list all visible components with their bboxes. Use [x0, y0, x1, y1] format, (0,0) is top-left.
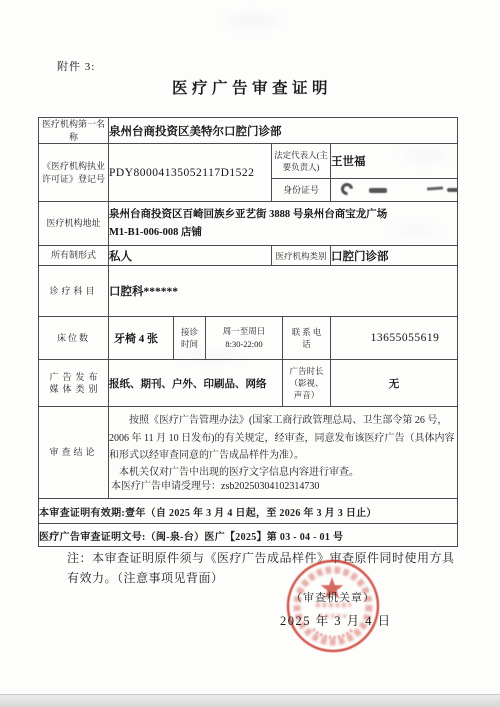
- validity-text: 本审查证明有效期:壹年（自 2025 年 3 月 4 日起，至 2026 年 3…: [39, 499, 458, 524]
- duration-label: 广告时长（影视、声音）: [283, 360, 331, 407]
- id-redaction-mark: [339, 181, 356, 198]
- id-number-label: 身份证号: [272, 179, 331, 202]
- row-conclusion: 审查结论 按照《医疗广告管理办法》(国家工商行政管理总局、卫生部令第 26 号，…: [39, 407, 458, 499]
- attachment-label: 附件 3:: [57, 58, 95, 74]
- id-redaction-mark: [447, 188, 458, 192]
- conclusion-paragraph-3: 本医疗广告申请受理号：zsb20250304102314730: [109, 480, 457, 493]
- departments-label: 诊疗科目: [39, 266, 109, 317]
- legal-rep-label: 法定代表人(主要负责人): [272, 144, 331, 179]
- document-page: 附件 3: 医疗广告审查证明 医疗机构第一名称 泉州台商投资区美特尔口腔门诊部 …: [0, 0, 500, 707]
- row-address: 医疗机构地址 泉州台商投资区百崎回族乡亚艺街 3888 号泉州台商宝龙广场 M1…: [39, 202, 458, 246]
- address-label: 医疗机构地址: [39, 202, 109, 246]
- address-value: 泉州台商投资区百崎回族乡亚艺街 3888 号泉州台商宝龙广场 M1-B1-006…: [109, 202, 458, 246]
- media-label: 广告发布媒体类别: [39, 360, 109, 407]
- page-title: 医疗广告审查证明: [0, 76, 500, 98]
- row-beds: 床位数 牙椅 4 张 接诊时间 周一至周日 8:30-22:00 联系电话 13…: [39, 317, 458, 360]
- row-license: 《医疗机构执业许可证》登记号 PDY80004135052117D1522 法定…: [39, 144, 458, 179]
- id-redaction-mark: [427, 187, 443, 191]
- conclusion-label: 审查结论: [39, 407, 109, 499]
- beds-value: 牙椅 4 张: [109, 317, 174, 360]
- beds-label: 床位数: [39, 317, 109, 360]
- conclusion-paragraph-1: 按照《医疗广告管理办法》(国家工商行政管理总局、卫生部令第 26 号，2006 …: [109, 412, 457, 465]
- phone-value: 13655055619: [331, 317, 458, 360]
- ownership-label: 所有制形式: [39, 246, 109, 266]
- footer-note: 注：本审查证明原件须与《医疗广告成品样件》审查原件同时使用方具 有效力。（注意事…: [67, 549, 467, 588]
- media-value: 报纸、期刊、户外、印刷品、网络: [109, 360, 283, 407]
- certificate-table: 医疗机构第一名称 泉州台商投资区美特尔口腔门诊部 《医疗机构执业许可证》登记号 …: [38, 117, 458, 547]
- seal-date: 2025 年 3 月 4 日: [280, 611, 392, 629]
- row-doc-number: 医疗广告审查证明文号:（闽-泉-台）医广【2025】第 03 - 04 - 01…: [39, 524, 458, 547]
- id-number-value: [331, 179, 458, 202]
- row-ownership: 所有制形式 私人 医疗机构类别 口腔门诊部: [39, 246, 458, 266]
- departments-value: 口腔科******: [109, 266, 458, 317]
- category-label: 医疗机构类别: [272, 246, 331, 266]
- license-number: PDY80004135052117D1522: [109, 144, 272, 202]
- footer-note-line-1: 注：本审查证明原件须与《医疗广告成品样件》审查原件同时使用方具: [67, 549, 467, 569]
- duration-value: 无: [331, 360, 458, 407]
- address-line-1: 泉州台商投资区百崎回族乡亚艺街 3888 号泉州台商宝龙广场: [109, 206, 457, 224]
- row-departments: 诊疗科目 口腔科******: [39, 266, 458, 317]
- phone-label: 联系电话: [283, 317, 331, 360]
- row-validity: 本审查证明有效期:壹年（自 2025 年 3 月 4 日起，至 2026 年 3…: [39, 499, 458, 524]
- hours-times: 8:30-22:00: [206, 338, 282, 351]
- scanner-background: [0, 695, 500, 707]
- seal-caption: （审查机关章）: [291, 589, 375, 605]
- footer-note-line-2: 有效力。（注意事项见背面）: [67, 569, 467, 589]
- official-seal-stamp-icon: [283, 556, 383, 656]
- org-name-label: 医疗机构第一名称: [39, 118, 109, 144]
- scan-smudge: [402, 150, 447, 161]
- id-redaction-mark: [369, 188, 387, 193]
- hours-days: 周一至周日: [206, 325, 282, 338]
- category-value: 口腔门诊部: [331, 246, 458, 266]
- scan-smudge: [395, 226, 437, 236]
- org-name-value: 泉州台商投资区美特尔口腔门诊部: [109, 118, 458, 144]
- conclusion-paragraph-2: 本机关仅对广告中出现的医疗文字信息内容进行审查。: [109, 466, 457, 480]
- scan-smudge: [225, 16, 280, 26]
- conclusion-text: 按照《医疗广告管理办法》(国家工商行政管理总局、卫生部令第 26 号，2006 …: [109, 407, 458, 499]
- scan-smudge: [182, 352, 242, 361]
- ownership-value: 私人: [109, 246, 272, 266]
- row-media: 广告发布媒体类别 报纸、期刊、户外、印刷品、网络 广告时长（影视、声音） 无: [39, 360, 458, 407]
- license-label: 《医疗机构执业许可证》登记号: [39, 144, 109, 202]
- legal-rep-value: 王世福: [331, 144, 458, 179]
- doc-number-text: 医疗广告审查证明文号:（闽-泉-台）医广【2025】第 03 - 04 - 01…: [39, 524, 458, 547]
- row-org-name: 医疗机构第一名称 泉州台商投资区美特尔口腔门诊部: [39, 118, 458, 144]
